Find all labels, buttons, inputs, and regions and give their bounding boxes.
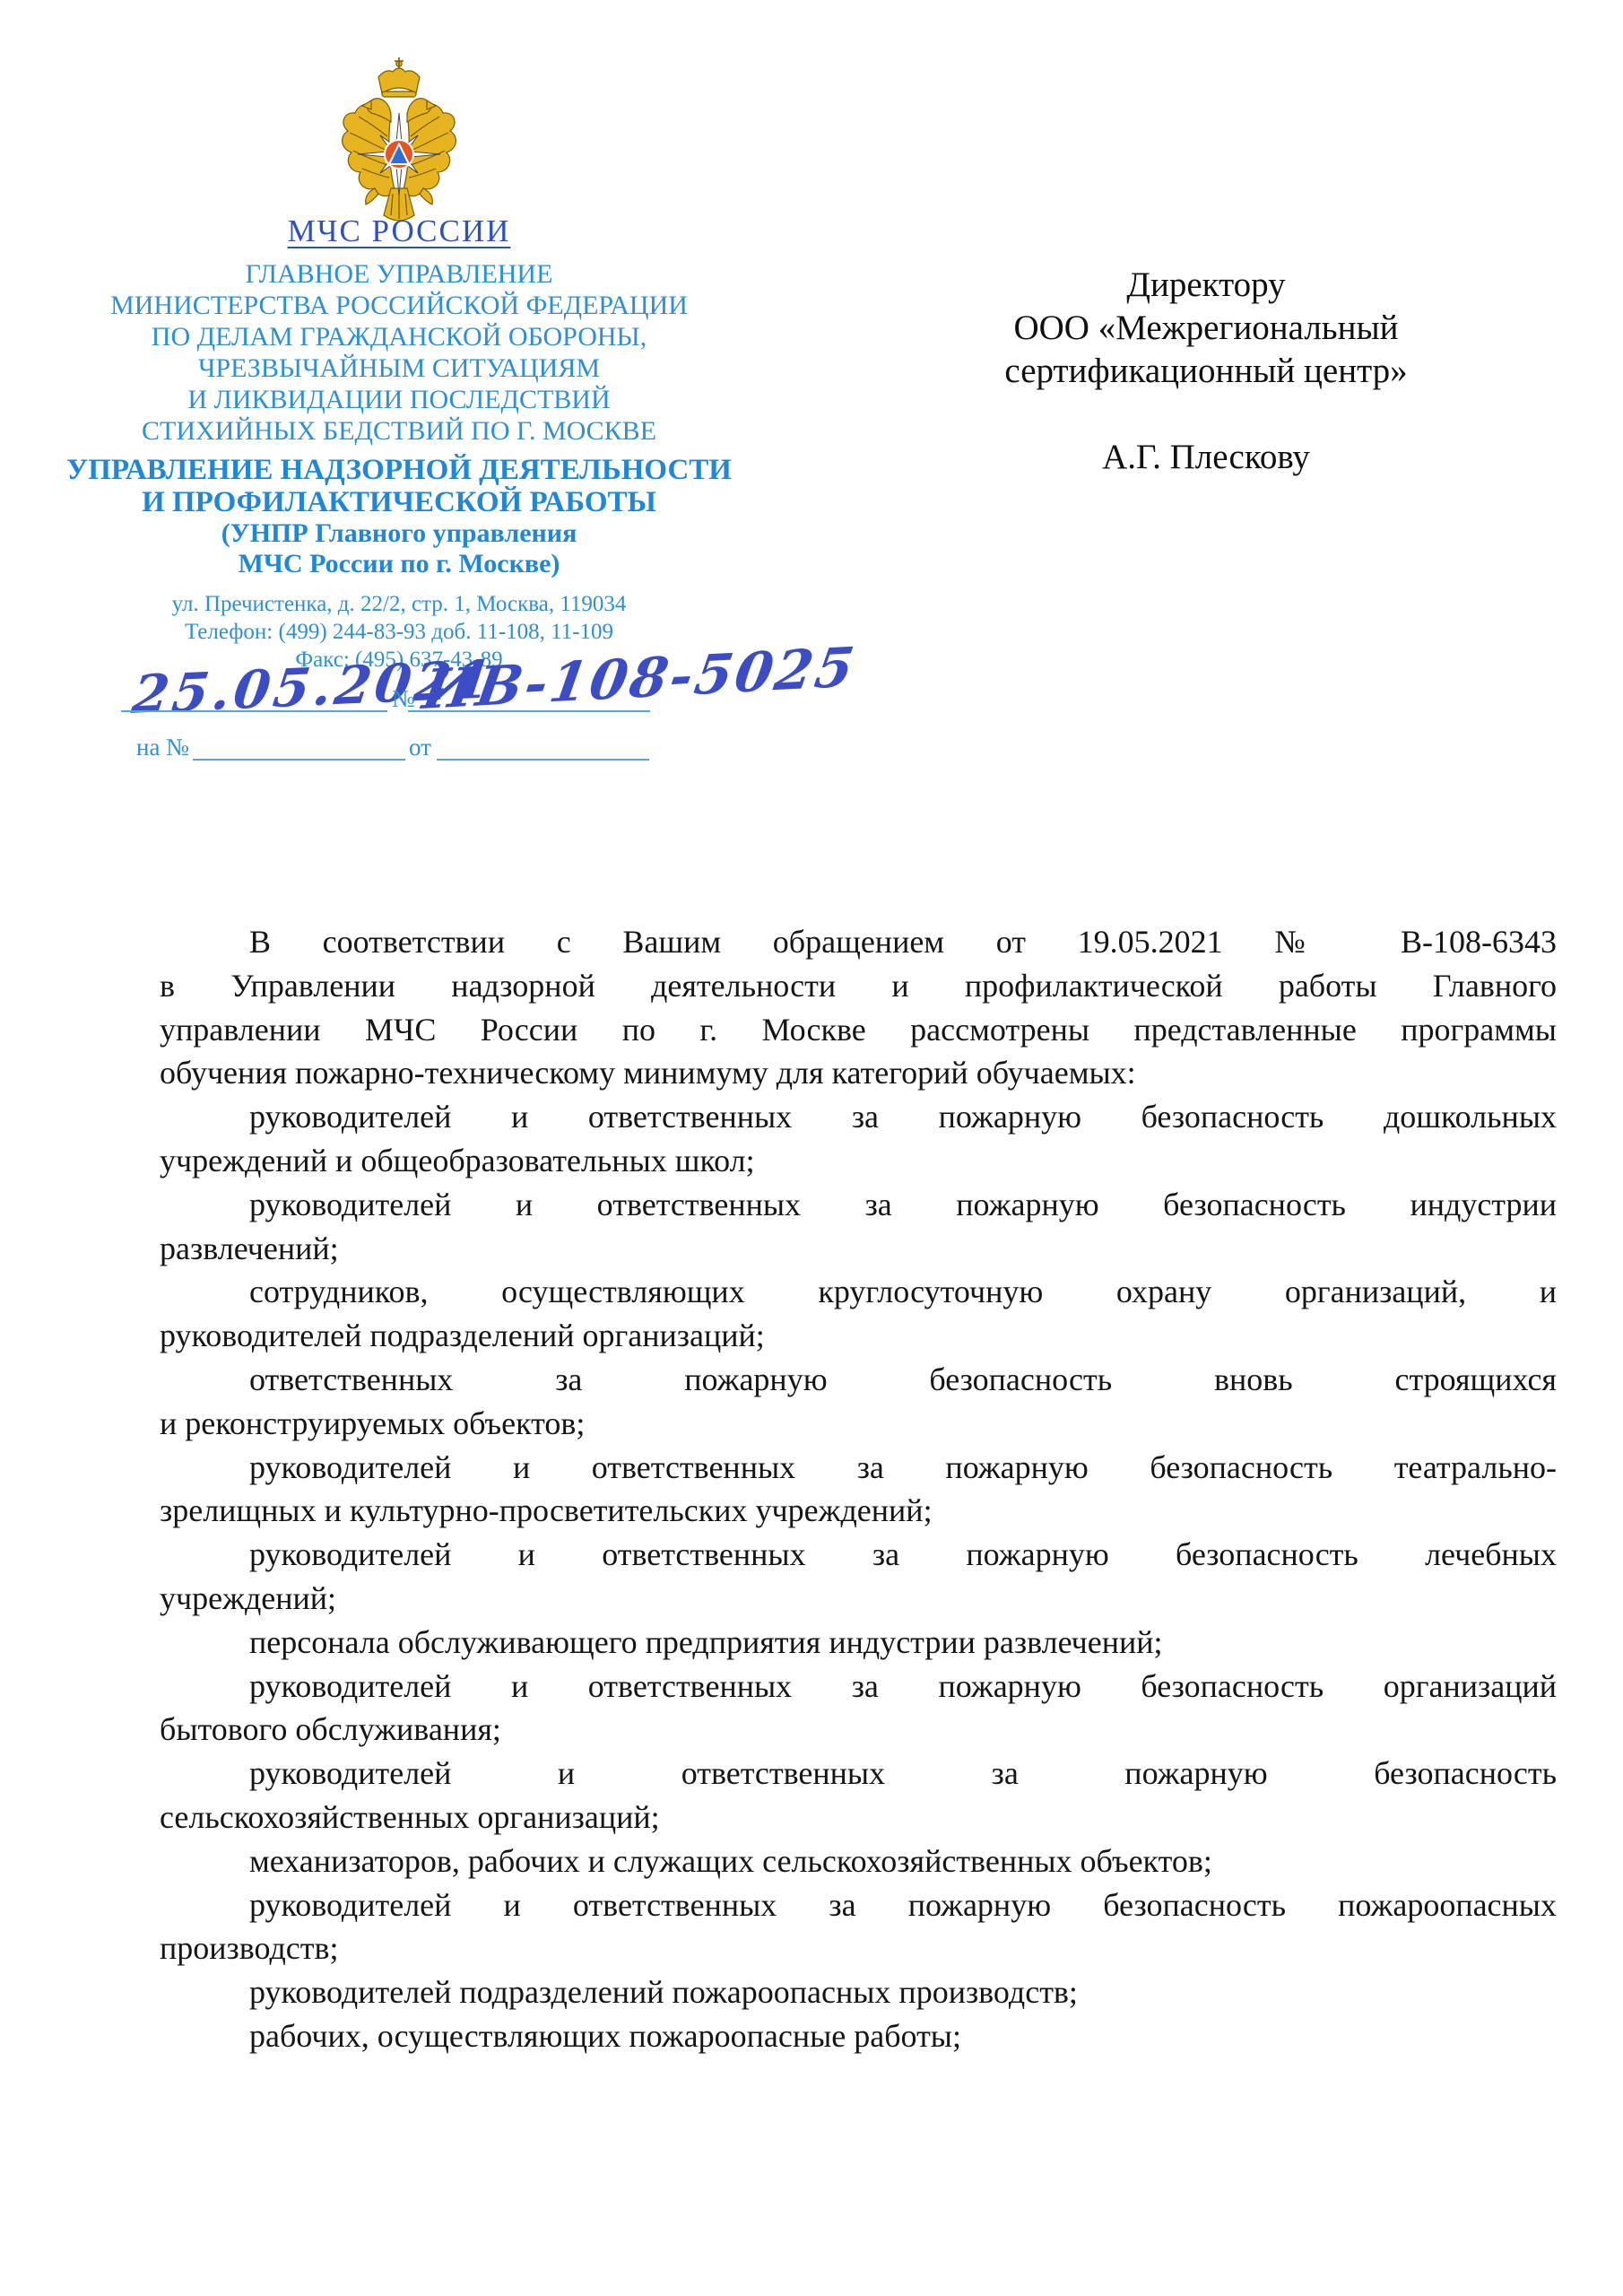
body-line: развлечений; xyxy=(160,1227,1557,1271)
body-line: бытового обслуживания; xyxy=(160,1708,1557,1752)
body-line: руководителей и ответственных за пожарну… xyxy=(160,1883,1557,1927)
body-line: рабочих, осуществляющих пожароопасные ра… xyxy=(160,2014,1557,2058)
recipient-title: Директору xyxy=(928,264,1484,307)
body-line: руководителей и ответственных за пожарну… xyxy=(160,1183,1557,1227)
body-line: сотрудников, осуществляющих круглосуточн… xyxy=(160,1270,1557,1314)
mchs-emblem-icon xyxy=(341,57,457,228)
letter-page: МЧС РОССИИ ГЛАВНОЕ УПРАВЛЕНИЕ МИНИСТЕРСТ… xyxy=(0,0,1623,2296)
reply-from-label: от xyxy=(409,734,431,761)
org-name-line: И ЛИКВИДАЦИИ ПОСЛЕДСТВИЙ xyxy=(58,384,740,415)
dept-line: УПРАВЛЕНИЕ НАДЗОРНОЙ ДЕЯТЕЛЬНОСТИ xyxy=(58,454,740,486)
letter-body: В соответствии с Вашим обращением от 19.… xyxy=(160,920,1557,2058)
body-line: управлении МЧС России по г. Москве рассм… xyxy=(160,1008,1557,1052)
org-full-name: ГЛАВНОЕ УПРАВЛЕНИЕ МИНИСТЕРСТВА РОССИЙСК… xyxy=(58,258,740,447)
body-line: сельскохозяйственных организаций; xyxy=(160,1796,1557,1839)
body-line: руководителей и ответственных за пожарну… xyxy=(160,1533,1557,1577)
body-line: руководителей подразделений пожароопасны… xyxy=(160,1970,1557,2014)
reply-number-underline xyxy=(193,739,405,761)
body-line: В соответствии с Вашим обращением от 19.… xyxy=(160,920,1557,964)
body-line: учреждений и общеобразовательных школ; xyxy=(160,1139,1557,1183)
body-line: зрелищных и культурно-просветительских у… xyxy=(160,1489,1557,1533)
body-line: механизаторов, рабочих и служащих сельск… xyxy=(160,1839,1557,1883)
org-name-line: МИНИСТЕРСТВА РОССИЙСКОЙ ФЕДЕРАЦИИ xyxy=(58,290,740,321)
recipient-block: Директору ООО «Межрегиональный сертифика… xyxy=(928,264,1484,479)
recipient-person-name: А.Г. Плескову xyxy=(928,436,1484,479)
reply-to-number-label: на № xyxy=(136,734,189,761)
org-name-line: ГЛАВНОЕ УПРАВЛЕНИЕ xyxy=(58,258,740,290)
recipient-gap xyxy=(928,393,1484,436)
body-line: руководителей и ответственных за пожарну… xyxy=(160,1446,1557,1490)
dept-line: И ПРОФИЛАКТИЧЕСКОЙ РАБОТЫ xyxy=(58,486,740,518)
address-line: ул. Пречистенка, д. 22/2, стр. 1, Москва… xyxy=(58,590,740,618)
body-line: руководителей и ответственных за пожарну… xyxy=(160,1752,1557,1796)
body-line: руководителей и ответственных за пожарну… xyxy=(160,1665,1557,1709)
body-line: персонала обслуживающего предприятия инд… xyxy=(160,1621,1557,1665)
body-line: обучения пожарно-техническому минимуму д… xyxy=(160,1051,1557,1095)
body-line: руководителей подразделений организаций; xyxy=(160,1314,1557,1358)
org-name-line: ЧРЕЗВЫЧАЙНЫМ СИТУАЦИЯМ xyxy=(58,352,740,384)
dept-sub-line: (УНПР Главного управления xyxy=(58,518,740,549)
recipient-org-line: ООО «Межрегиональный xyxy=(928,307,1484,350)
org-name-line: СТИХИЙНЫХ БЕДСТВИЙ ПО Г. МОСКВЕ xyxy=(58,415,740,447)
org-short-name: МЧС РОССИИ xyxy=(58,213,740,249)
dept-sub-line: МЧС России по г. Москве) xyxy=(58,549,740,579)
body-line: ответственных за пожарную безопасность в… xyxy=(160,1358,1557,1402)
reply-date-underline xyxy=(437,739,649,761)
body-line: и реконструируемых объектов; xyxy=(160,1402,1557,1446)
body-line: руководителей и ответственных за пожарну… xyxy=(160,1095,1557,1139)
recipient-org-line: сертификационный центр» xyxy=(928,350,1484,393)
body-line: производств; xyxy=(160,1926,1557,1970)
body-line: учреждений; xyxy=(160,1577,1557,1621)
org-name-line: ПО ДЕЛАМ ГРАЖДАНСКОЙ ОБОРОНЫ, xyxy=(58,321,740,352)
date-underline xyxy=(121,691,387,712)
number-underline xyxy=(408,691,650,712)
department-name: УПРАВЛЕНИЕ НАДЗОРНОЙ ДЕЯТЕЛЬНОСТИ И ПРОФ… xyxy=(58,454,740,579)
phone-line: Телефон: (499) 244-83-93 доб. 11-108, 11… xyxy=(58,618,740,646)
body-line: в Управлении надзорной деятельности и пр… xyxy=(160,964,1557,1008)
